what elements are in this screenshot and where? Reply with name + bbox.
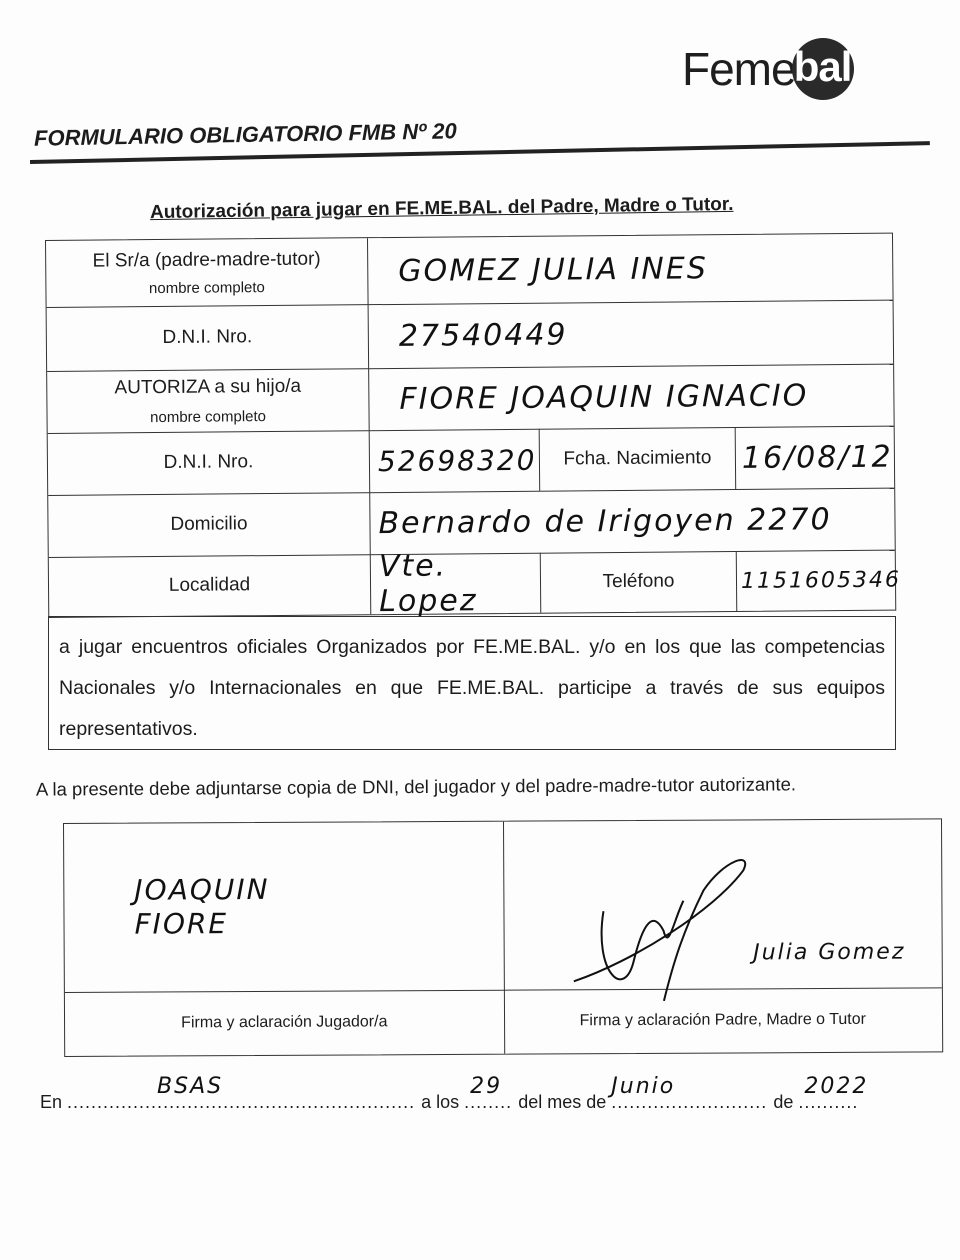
guardian-signature-column: Julia Gomez Firma y aclaración Padre, Ma… — [502, 819, 942, 1053]
mes-label: del mes de — [518, 1092, 606, 1112]
child-dni-row: D.N.I. Nro. 52698320 Fcha. Nacimiento 16… — [48, 426, 895, 496]
logo-badge: bal — [792, 38, 854, 100]
guardian-dni-row: D.N.I. Nro. 27540449 — [47, 300, 894, 372]
date-place-line: En .....................................… — [40, 1092, 858, 1113]
month-field[interactable]: ..........................Junio — [611, 1092, 773, 1112]
guardian-sublabel: nombre completo — [149, 279, 265, 297]
guardian-label: El Sr/a (padre-madre-tutor) — [93, 248, 321, 272]
guardian-signature-box[interactable]: Julia Gomez — [502, 819, 941, 990]
child-name-row: AUTORIZA a su hijo/a nombre completo FIO… — [47, 364, 894, 434]
player-signature-column: JOAQUIN FIORE Firma y aclaración Jugador… — [64, 822, 505, 1056]
place-value: BSAS — [157, 1074, 223, 1099]
address-field[interactable]: Bernardo de Irigoyen 2270 — [370, 488, 895, 555]
guardian-signature-caption: Firma y aclaración Padre, Madre o Tutor — [503, 987, 942, 1053]
phone-label: Teléfono — [541, 551, 738, 613]
form-title: FORMULARIO OBLIGATORIO FMB Nº 20 — [34, 118, 457, 151]
guardian-dni-label: D.N.I. Nro. — [47, 304, 370, 371]
child-dni-label: D.N.I. Nro. — [48, 430, 371, 495]
phone-field[interactable]: 1151605346 — [737, 550, 896, 611]
attachment-note: A la presente debe adjuntarse copia de D… — [36, 773, 796, 800]
guardian-dni-field[interactable]: 27540449 — [369, 300, 894, 369]
birth-date-label: Fcha. Nacimiento — [540, 427, 737, 491]
place-field[interactable]: ........................................… — [67, 1092, 421, 1112]
guardian-signature-scribble — [553, 850, 754, 1011]
city-row: Localidad Vte. Lopez Teléfono 1151605346 — [49, 550, 895, 617]
child-sublabel: nombre completo — [150, 408, 266, 426]
child-label-cell: AUTORIZA a su hijo/a nombre completo — [47, 368, 370, 433]
day-value: 29 — [470, 1074, 502, 1099]
signature-table: JOAQUIN FIORE Firma y aclaración Jugador… — [63, 818, 943, 1057]
year-field[interactable]: ..........2022 — [798, 1092, 858, 1112]
child-dni-field[interactable]: 52698320 — [370, 429, 541, 492]
child-label: AUTORIZA a su hijo/a — [114, 375, 301, 399]
day-field[interactable]: ........29 — [464, 1092, 518, 1112]
month-value: Junio — [611, 1074, 675, 1099]
player-signature-box[interactable]: JOAQUIN FIORE — [64, 822, 503, 993]
guardian-signature: Julia Gomez — [753, 940, 905, 966]
de-label: de — [773, 1092, 793, 1112]
player-signature-caption: Firma y aclaración Jugador/a — [65, 990, 504, 1056]
city-field[interactable]: Vte. Lopez — [371, 553, 542, 614]
guardian-name-row: El Sr/a (padre-madre-tutor) nombre compl… — [46, 234, 893, 308]
en-label: En — [40, 1092, 62, 1112]
birth-date-field[interactable]: 16/08/12 — [736, 426, 895, 489]
authorization-table: El Sr/a (padre-madre-tutor) nombre compl… — [45, 233, 896, 618]
address-label: Domicilio — [48, 492, 371, 557]
guardian-label-cell: El Sr/a (padre-madre-tutor) nombre compl… — [46, 238, 369, 307]
logo-text: Feme — [682, 42, 796, 96]
year-value: 2022 — [804, 1074, 868, 1099]
player-signature: JOAQUIN FIORE — [134, 873, 314, 942]
femebal-logo: Feme bal — [682, 38, 854, 100]
form-subtitle: Autorización para jugar en FE.ME.BAL. de… — [150, 194, 734, 224]
city-label: Localidad — [49, 554, 372, 617]
a-los-label: a los — [421, 1092, 459, 1112]
authorization-paragraph: a jugar encuentros oficiales Organizados… — [48, 616, 896, 750]
guardian-name-field[interactable]: GOMEZ JULIA INES — [368, 234, 893, 305]
child-name-field[interactable]: FIORE JOAQUIN IGNACIO — [369, 364, 894, 431]
